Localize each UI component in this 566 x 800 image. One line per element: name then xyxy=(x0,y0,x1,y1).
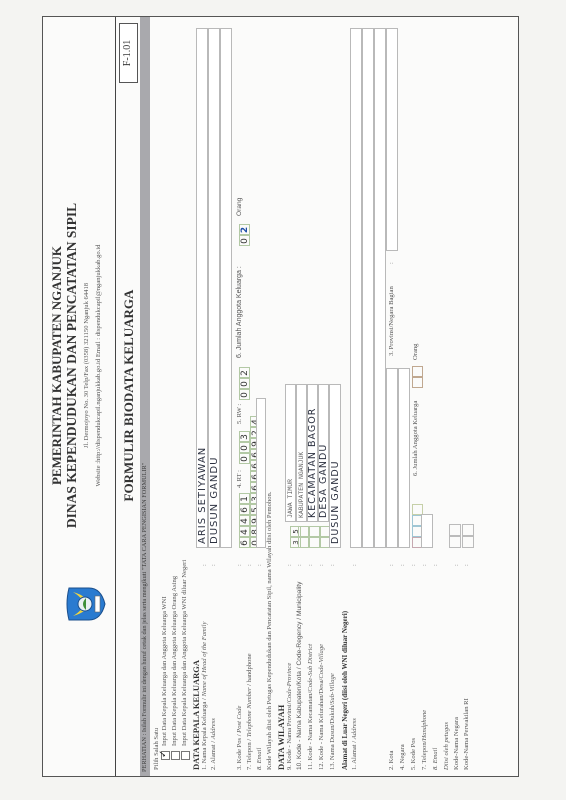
option-abroad-checkbox[interactable] xyxy=(181,751,190,760)
rw-label: 5. RW : xyxy=(236,404,243,424)
header-divider xyxy=(115,17,116,776)
district-label: 11. Kode - Nama Kecamatan/Code-Sub Distr… xyxy=(307,644,314,770)
members-unit: Orang xyxy=(236,198,243,216)
option-wni-label: Input Data Kepala Keluarga dan Anggota K… xyxy=(161,596,168,746)
representative-code-label: Kode-Nama Perwakilan RI xyxy=(463,698,470,770)
abroad-members-label: 6. Jumlah Anggota Keluarga xyxy=(412,401,419,476)
district-name-field[interactable]: KECAMATAN BAGOR xyxy=(307,384,318,522)
head-section-title: DATA KEPALA KELUARGA xyxy=(191,660,201,770)
members-field[interactable]: 02 xyxy=(234,224,252,246)
abroad-country-field[interactable] xyxy=(398,368,410,548)
option-foreign-checkbox[interactable] xyxy=(171,751,180,760)
abroad-email-label: 8. Email xyxy=(432,748,439,770)
email-field[interactable] xyxy=(256,398,266,548)
abroad-section-title: Alamat di Luar Negeri (diisi oleh WNI di… xyxy=(341,611,349,770)
subvillage-field[interactable]: DUSUN GANDU xyxy=(329,384,341,548)
header-government: PEMERINTAH KABUPATEN NGANJUK xyxy=(49,15,65,776)
abroad-province-field[interactable] xyxy=(386,28,398,251)
abroad-city-field[interactable] xyxy=(386,368,398,548)
notice-bar: PERHATIAN : Isilah Formulir ini dengan h… xyxy=(140,17,150,776)
abroad-phone-label: 7. Telepon/Handphone xyxy=(421,710,428,770)
abroad-phone-field[interactable] xyxy=(421,514,433,548)
province-name-field[interactable]: JAWA TIMUR xyxy=(285,384,296,522)
head-name-label: 1. Nama Kepala Keluarga / Name of Head o… xyxy=(201,622,208,770)
abroad-members-unit: Orang xyxy=(412,344,419,360)
rw-field[interactable]: 002 xyxy=(234,367,252,400)
header-address: Jl. Dermojoyo No. 30 Telp/Fax (0358) 321… xyxy=(83,15,90,776)
region-section-title: DATA WILAYAH xyxy=(276,705,286,770)
abroad-city-label: 2. Kota xyxy=(388,751,395,770)
abroad-address-field-line3[interactable] xyxy=(374,28,386,548)
option-wni-checkbox[interactable]: ✓ xyxy=(161,751,170,760)
members-label: 6. Jumlah Anggota Keluarga : xyxy=(236,266,243,358)
head-address-label: 2. Alamat / Address xyxy=(210,718,217,770)
abroad-address-field-line2[interactable] xyxy=(362,28,374,548)
province-label: 9. Kode - Nama Provinsi/Code-Province xyxy=(286,663,293,770)
representative-code-field[interactable] xyxy=(461,524,479,548)
form-title: FORMULIR BIODATA KELUARGA xyxy=(121,15,137,776)
officer-only-label: Diisi oleh petugas xyxy=(443,722,450,770)
regency-name-field[interactable]: KABUPATEN NGANJUK xyxy=(296,384,307,522)
head-address-field[interactable]: DUSUN GANDU xyxy=(208,28,220,548)
abroad-members-field[interactable] xyxy=(410,366,428,388)
postcode-label: 3. Kode Pos / Post Code xyxy=(236,706,243,770)
head-name-field[interactable]: ARIS SETIYAWAN xyxy=(196,28,208,548)
head-address-field-line2[interactable] xyxy=(220,28,232,548)
option-foreign-label: Input Data Kepala Keluarga dan Anggota K… xyxy=(171,576,178,746)
option-abroad-label: Input Data Kepala Keluarga dan Anggota K… xyxy=(181,560,188,746)
header-agency: DINAS KEPENDUDUKAN DAN PENCATATAN SIPIL xyxy=(64,15,80,776)
abroad-address-label: 1. Alamat / Address xyxy=(351,718,358,770)
abroad-country-label: 4. Negara xyxy=(399,744,406,770)
regency-label: 10. Kode - Nama Kabupaten/Kota / Code-Re… xyxy=(296,582,303,770)
abroad-postcode-label: 5. Kode Pos xyxy=(410,738,417,770)
email-label: 8. Email xyxy=(256,748,263,770)
village-name-field[interactable]: DESA GANDU xyxy=(318,384,329,522)
officer-note: Kode Wilayah diisi oleh Petugas Kependud… xyxy=(266,492,273,771)
header-website: Website :http://dispendukcapil.nganjukka… xyxy=(95,15,102,776)
subvillage-label: 13. Nama Dusun/Dukuh/Sub-Village xyxy=(329,673,336,770)
biodata-form-page: PEMERINTAH KABUPATEN NGANJUK DINAS KEPEN… xyxy=(42,16,519,777)
country-code-label: Kode-Nama Negara xyxy=(453,717,460,770)
rt-label: 4. RT : xyxy=(236,470,243,488)
abroad-address-field[interactable] xyxy=(350,28,362,548)
village-label: 12. Kode - Nama Kelurahan/Desa/Code-Vill… xyxy=(318,644,325,770)
phone-label: 7. Telepon / Telephone Number / handphon… xyxy=(246,653,253,770)
abroad-province-label: 3. Provinsi/Negara Bagian xyxy=(388,286,395,356)
